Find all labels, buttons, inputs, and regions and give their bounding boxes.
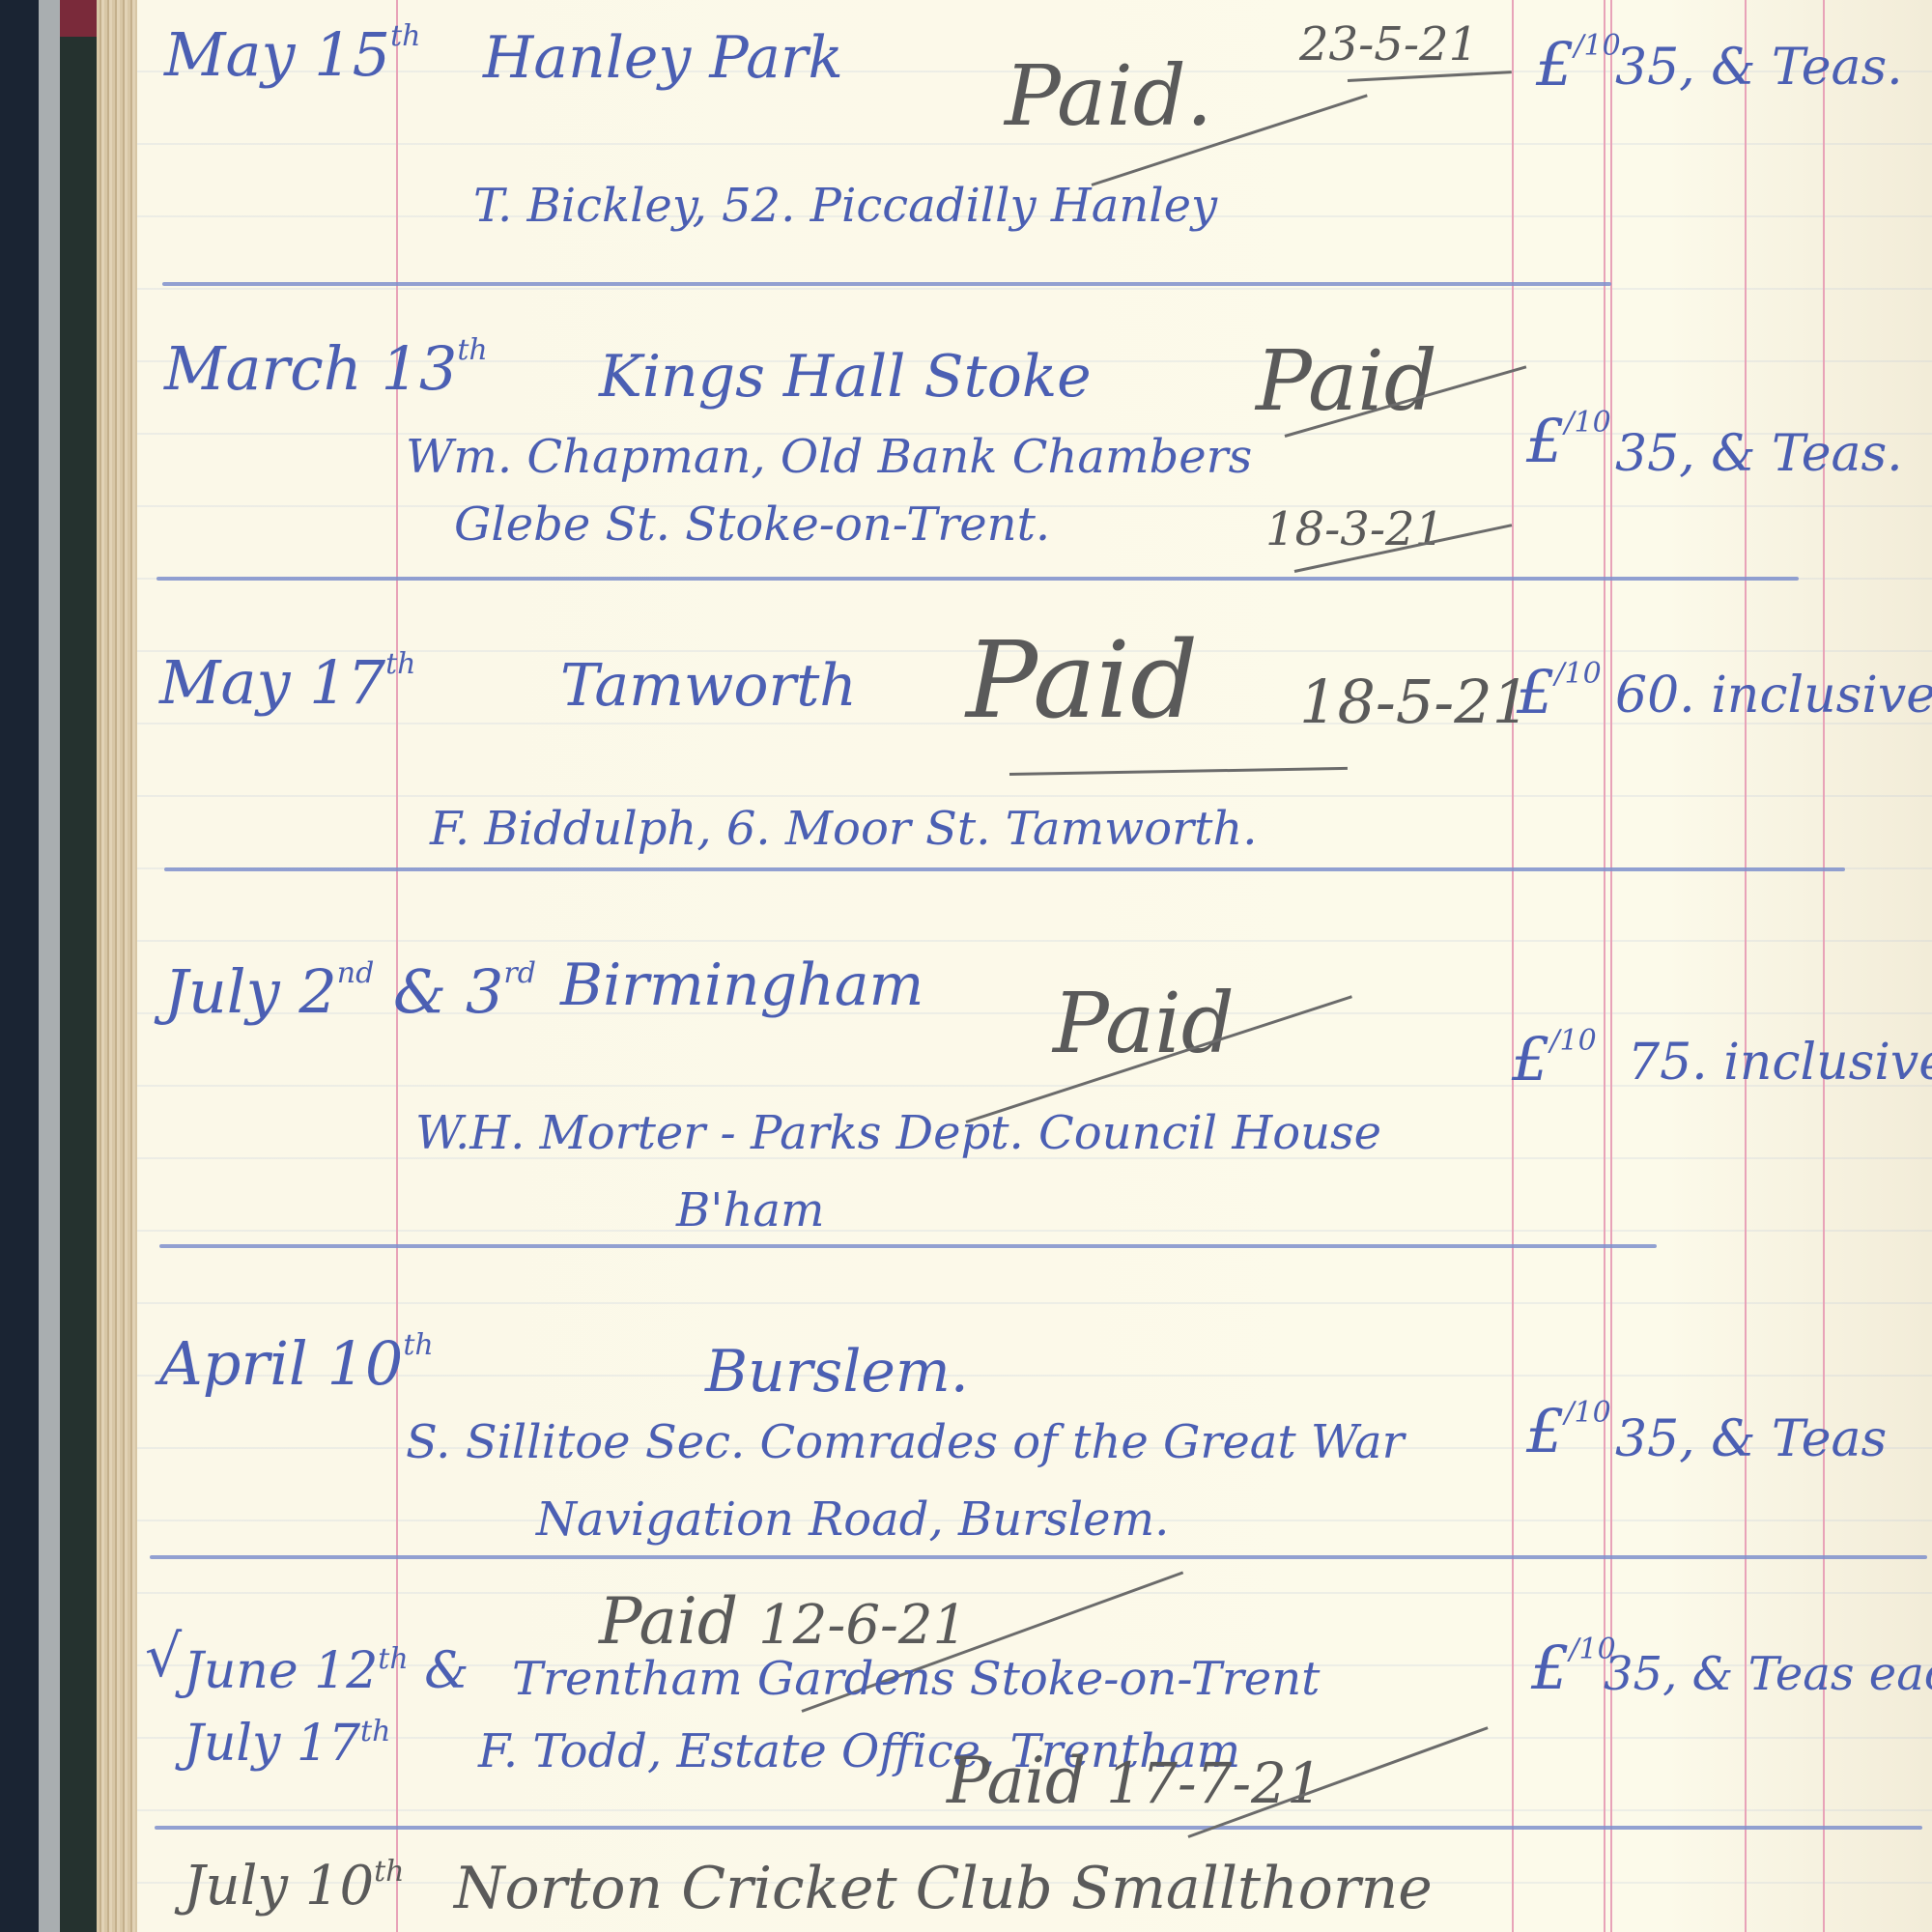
binding-red-corner: [60, 0, 97, 37]
row-separator: [156, 577, 1799, 581]
row-contact-line1: W.H. Morter - Parks Dept. Council House: [415, 1106, 1381, 1160]
row-date: May 17th: [159, 647, 415, 718]
pound-symbol: £/10: [1526, 1396, 1611, 1466]
pound-symbol: £/10: [1526, 406, 1611, 476]
row-contact-line2: B'ham: [676, 1183, 825, 1237]
paid-stamp: Paid.: [1005, 48, 1212, 145]
paid-stamp: Paid: [1053, 976, 1235, 1072]
row-separator: [164, 867, 1845, 871]
pound-symbol: £/10: [1536, 29, 1621, 99]
row-fee: 35, & Teas: [1615, 1410, 1887, 1468]
row-date: March 13th: [164, 333, 488, 404]
row-date: July 10th: [184, 1855, 405, 1918]
row-date: April 10th: [159, 1328, 434, 1399]
binding-cloth: [60, 0, 97, 1932]
row-venue: Hanley Park: [483, 24, 843, 92]
row-venue: Burslem.: [705, 1338, 969, 1406]
row-fee: 75. inclusive: [1628, 1034, 1932, 1092]
pound-symbol: £/10: [1517, 657, 1602, 727]
pound-symbol: £/10: [1512, 1024, 1597, 1094]
paid-date: 18-3-21: [1265, 502, 1444, 556]
paid-date: 18-5-21: [1299, 667, 1530, 737]
row-venue: Trentham Gardens Stoke-on-Trent: [512, 1652, 1320, 1706]
book-cover-edge: [0, 0, 39, 1932]
row-contact-line2: Glebe St. Stoke-on-Trent.: [454, 497, 1050, 552]
row-venue: Birmingham: [560, 952, 923, 1019]
binding-gap: [39, 0, 60, 1932]
check-mark-icon: √: [145, 1623, 182, 1690]
row-fee: 35, & Teas each: [1604, 1647, 1932, 1701]
row-contact: F. Biddulph, 6. Moor St. Tamworth.: [430, 802, 1258, 856]
row-fee: 35, & Teas.: [1615, 39, 1903, 97]
row-date: May 15th: [164, 19, 420, 90]
paid-stamp: Paid: [966, 618, 1198, 742]
row-contact-line1: Wm. Chapman, Old Bank Chambers: [406, 430, 1252, 484]
row-fee: 60. inclusive: [1615, 667, 1932, 724]
row-contact-line1: S. Sillitoe Sec. Comrades of the Great W…: [406, 1415, 1405, 1469]
row-separator: [150, 1555, 1927, 1559]
paid-date: 23-5-21: [1299, 17, 1478, 71]
column-rule-4: [1745, 0, 1747, 1932]
paid-stamp: Paid: [1256, 333, 1437, 430]
row-venue: Tamworth: [560, 652, 857, 720]
row-date: June 12th &: [184, 1642, 469, 1700]
fee-column-rule: [1512, 0, 1514, 1932]
row-separator: [155, 1826, 1922, 1830]
row-date-2: July 17th: [184, 1715, 390, 1773]
row-separator: [159, 1244, 1657, 1248]
row-venue: Kings Hall Stoke: [599, 343, 1092, 411]
row-fee: 35, & Teas.: [1615, 425, 1903, 483]
page-edges: [97, 0, 137, 1932]
row-contact-line2: Navigation Road, Burslem.: [536, 1492, 1169, 1547]
column-rule-5: [1823, 0, 1825, 1932]
row-venue: Norton Cricket Club Smallthorne: [454, 1855, 1433, 1922]
row-contact: T. Bickley, 52. Piccadilly Hanley: [473, 179, 1217, 233]
row-separator: [162, 282, 1611, 286]
row-date: July 2nd & 3rd: [164, 956, 536, 1027]
paid-stamp: Paid 12-6-21: [599, 1584, 967, 1659]
